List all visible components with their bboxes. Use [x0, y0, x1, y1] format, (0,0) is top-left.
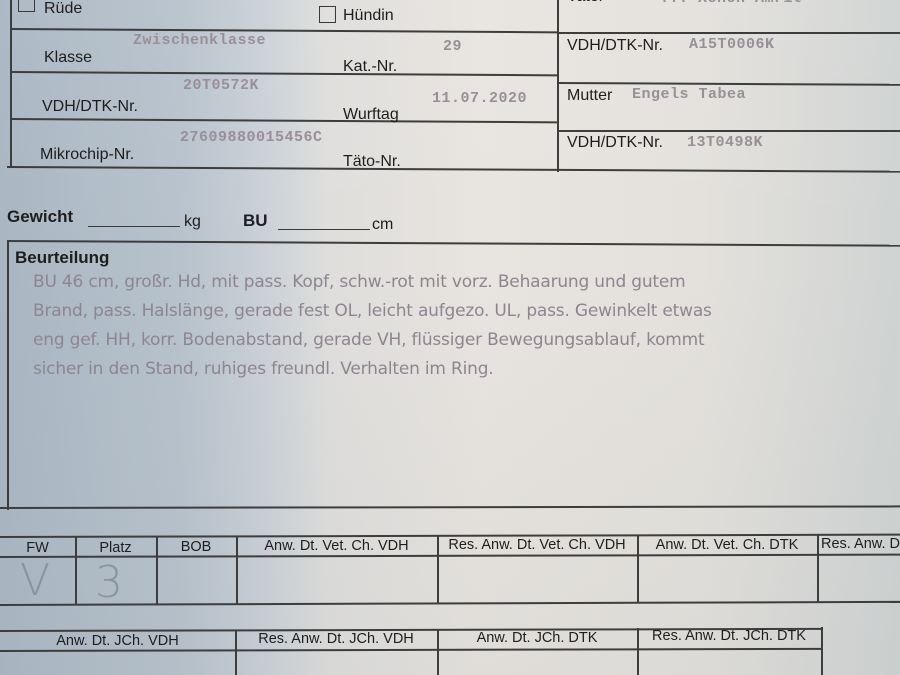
header-fw: FW: [0, 540, 75, 556]
height-label: BU: [243, 211, 268, 231]
res-anw-vet-dtk-cell[interactable]: [819, 558, 900, 603]
res-anw-jch-vdh-cell[interactable]: [237, 652, 436, 675]
header-res-anw-jch-dtk: Res. Anw. Dt. JCh. DTK: [637, 628, 821, 644]
anw-jch-vdh-cell[interactable]: [2, 652, 234, 675]
anw-vet-dtk-cell[interactable]: [639, 558, 816, 603]
evaluation-line: BU 46 cm, großr. Hd, mit pass. Kopf, sch…: [33, 268, 883, 297]
col-divider: [821, 627, 823, 675]
microchip-value[interactable]: 27609880015456C: [180, 129, 323, 146]
class-label: Klasse: [44, 49, 92, 67]
vdh-number-label: VDH/DTK-Nr.: [42, 98, 138, 116]
evaluation-line: Brand, pass. Halslänge, gerade fest OL, …: [33, 297, 883, 326]
father-value[interactable]: ... Xenon Amrit: [660, 0, 803, 7]
bob-cell[interactable]: [157, 558, 235, 603]
catalog-number-value[interactable]: 29: [443, 38, 462, 55]
mother-label: Mutter: [567, 87, 612, 105]
mother-value[interactable]: Engels Tabea: [632, 86, 746, 103]
class-value[interactable]: Zwischenklasse: [133, 32, 266, 49]
row-divider: [10, 71, 557, 76]
header-anw-vet-dtk: Anw. Dt. Vet. Ch. DTK: [637, 537, 817, 553]
evaluation-bottom-border: [0, 505, 900, 508]
weight-label: Gewicht: [7, 207, 73, 227]
row-divider: [10, 28, 557, 33]
female-checkbox[interactable]: [319, 6, 336, 23]
table-border: [10, 0, 12, 167]
row-divider: [557, 130, 900, 132]
tattoo-number-label: Täto-Nr.: [343, 153, 401, 171]
header-anw-jch-vdh: Anw. Dt. JCh. VDH: [0, 633, 235, 649]
father-vdh-value[interactable]: A15T0006K: [689, 36, 775, 53]
male-checkbox[interactable]: [18, 0, 35, 12]
table-border: [557, 0, 559, 172]
mother-vdh-label: VDH/DTK-Nr.: [567, 134, 663, 152]
header-res-anw-vet-dtk: Res. Anw. D: [821, 536, 900, 552]
res-anw-jch-dtk-cell[interactable]: [639, 650, 820, 675]
catalog-number-label: Kat.-Nr.: [343, 58, 397, 76]
weight-unit: kg: [184, 213, 201, 231]
placement-value[interactable]: 3: [95, 557, 123, 608]
height-unit: cm: [372, 216, 393, 234]
header-anw-vet-vdh: Anw. Dt. Vet. Ch. VDH: [236, 538, 437, 554]
formwert-value[interactable]: V: [20, 555, 50, 606]
female-label: Hündin: [343, 7, 394, 25]
microchip-label: Mikrochip-Nr.: [40, 146, 134, 164]
res-anw-vet-vdh-cell[interactable]: [439, 558, 636, 603]
litter-date-label: Wurftag: [343, 106, 399, 124]
evaluation-text[interactable]: BU 46 cm, großr. Hd, mit pass. Kopf, sch…: [33, 268, 883, 384]
evaluation-line: eng gef. HH, korr. Bodenabstand, gerade …: [33, 326, 883, 355]
mother-vdh-value[interactable]: 13T0498K: [687, 134, 763, 151]
anw-jch-dtk-cell[interactable]: [439, 651, 636, 675]
height-input-line[interactable]: [278, 229, 370, 230]
header-bob: BOB: [156, 539, 236, 555]
row-divider: [557, 32, 900, 34]
weight-input-line[interactable]: [88, 226, 180, 227]
vdh-number-value[interactable]: 20T0572K: [183, 77, 259, 94]
header-res-anw-vet-vdh: Res. Anw. Dt. Vet. Ch. VDH: [437, 537, 637, 553]
litter-date-value[interactable]: 11.07.2020: [432, 90, 527, 107]
row-divider: [557, 82, 900, 85]
row-divider: [10, 118, 557, 123]
header-platz: Platz: [75, 540, 156, 556]
evaluation-title: Beurteilung: [15, 248, 109, 268]
anw-vet-vdh-cell[interactable]: [238, 558, 436, 603]
evaluation-left-border: [7, 240, 9, 510]
evaluation-line: sicher in den Stand, ruhiges freundl. Ve…: [33, 355, 883, 384]
evaluation-top-border: [7, 240, 900, 246]
male-label: Rüde: [44, 0, 82, 18]
row-divider: [7, 166, 900, 172]
header-res-anw-jch-vdh: Res. Anw. Dt. JCh. VDH: [235, 631, 437, 647]
father-vdh-label: VDH/DTK-Nr.: [567, 37, 663, 55]
header-anw-jch-dtk: Anw. Dt. JCh. DTK: [437, 630, 637, 646]
father-label: Vater: [567, 0, 604, 6]
